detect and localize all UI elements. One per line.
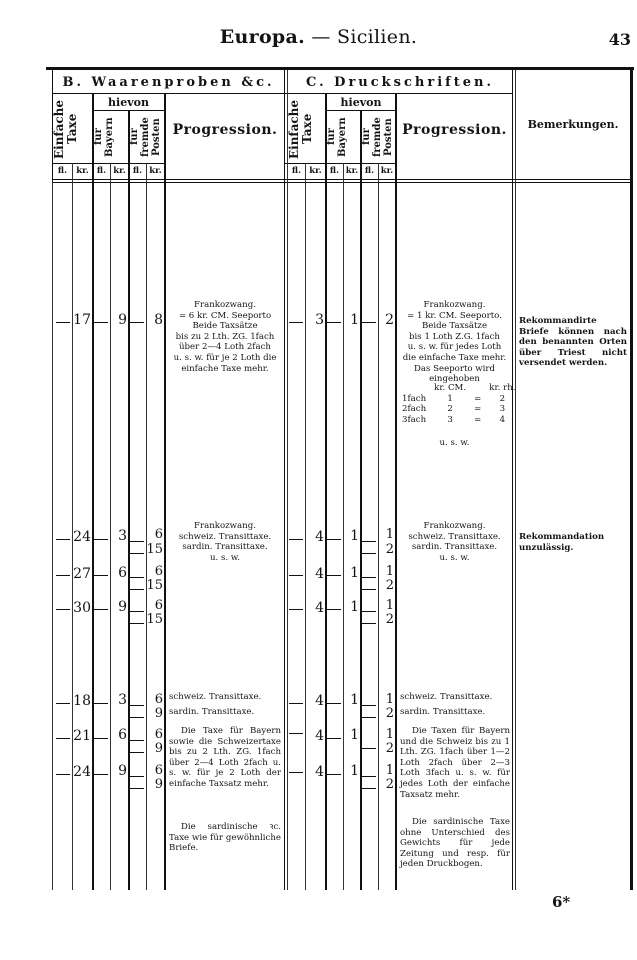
c2-r3-taxe-kr: 4 (305, 600, 324, 616)
c2-r1-bayern-kr: 1 (343, 528, 359, 544)
c2-r2-fremde-kr-a: 1 (378, 564, 394, 579)
page-signature: 6* (552, 893, 570, 911)
section-b-unit: fl. (53, 164, 72, 179)
c3-progression-line-2: sardin. Transittaxe. (400, 707, 510, 718)
b3-r2-fremde-kr-a: 6 (146, 727, 163, 742)
section-c-unit: fl. (361, 164, 378, 179)
section-b-unit: kr. (73, 164, 92, 179)
section-b-unit: kr. (147, 164, 164, 179)
c3-progression-note: Die Taxen für Bayern und die Schweiz bis… (400, 726, 510, 800)
section-c-unit: kr. (306, 164, 325, 179)
b3-progression-note: Die Taxe für Bayern sowie die Schweizert… (169, 726, 281, 790)
c2-r2-taxe-kr: 4 (305, 566, 324, 582)
c3-r2-fremde-kr-b: 2 (378, 741, 394, 756)
title-separator: — (311, 26, 330, 48)
b2-r3-taxe-kr: 30 (72, 600, 91, 616)
c1-rate-footer: u. s. w. (397, 438, 512, 449)
b3-progression-line-2: sardin. Transittaxe. (169, 707, 283, 718)
c3-r2-taxe-kr: 4 (305, 728, 324, 744)
section-b-unit: kr. (111, 164, 128, 179)
c3-r2-bayern-kr: 1 (343, 727, 359, 743)
b2-r1-fremde-kr-b: 15 (146, 542, 163, 557)
b2-r1-bayern-kr: 3 (110, 528, 127, 544)
b3-r1-fremde-kr-b: 9 (146, 706, 163, 721)
b3-progression-line-1: schweiz. Transittaxe. (169, 692, 283, 703)
b3-r2-fremde-kr-b: 9 (146, 741, 163, 756)
c3-r3-fremde-kr-a: 1 (378, 763, 394, 778)
c1-seeporto-rate-table: kr. CM. kr. rh. 1fach 1 = 2 2fach 2 = 3 … (402, 383, 520, 425)
b2-r3-bayern-kr: 9 (110, 599, 127, 615)
section-c-col-fremde-posten: für fremde Posten (361, 112, 395, 162)
c2-r3-bayern-kr: 1 (343, 599, 359, 615)
c2-progression: Frankozwang. schweiz. Transittaxe. sardi… (397, 521, 512, 563)
c3-progression-line-1: schweiz. Transittaxe. (400, 692, 510, 703)
b1-progression: Frankozwang. = 6 kr. CM. Seeporto Beide … (166, 300, 284, 374)
b2-r2-fremde-kr-b: 15 (146, 578, 163, 593)
c2-r1-taxe-kr: 4 (305, 529, 324, 545)
section-b-hievon: hievon (93, 95, 164, 111)
b2-r1-fremde-kr-a: 6 (146, 527, 163, 542)
b2-r2-taxe-kr: 27 (72, 566, 91, 582)
b2-r2-fremde-kr-a: 6 (146, 564, 163, 579)
c2-r2-bayern-kr: 1 (343, 565, 359, 581)
b3-r3-taxe-kr: 24 (72, 764, 91, 780)
c3-r2-fremde-kr-a: 1 (378, 727, 394, 742)
b3-r3-fremde-kr-a: 6 (146, 763, 163, 778)
b2-r2-bayern-kr: 6 (110, 565, 127, 581)
bemerkungen-header: Bemerkungen. (516, 118, 630, 138)
b1-fremde-kr: 8 (146, 312, 163, 328)
b3-r1-taxe-kr: 18 (72, 693, 91, 709)
c3-r3-bayern-kr: 1 (343, 763, 359, 779)
b3-r2-taxe-kr: 21 (72, 728, 91, 744)
c2-r1-fremde-kr-a: 1 (378, 527, 394, 542)
b2-bemerkung: Rekommandation unzulässig. (519, 532, 629, 553)
b2-r3-fremde-kr-b: 15 (146, 612, 163, 627)
c1-bayern-kr: 1 (343, 312, 359, 328)
section-c-unit: kr. (344, 164, 360, 179)
c2-r3-fremde-kr-a: 1 (378, 598, 394, 613)
c3-r1-taxe-kr: 4 (305, 693, 324, 709)
c2-r2-fremde-kr-b: 2 (378, 578, 394, 593)
b1-bayern-kr: 9 (110, 312, 127, 328)
section-b-col-fuer-bayern: für Bayern (93, 112, 128, 162)
b3-r1-bayern-kr: 3 (110, 692, 127, 708)
b3-r3-bayern-kr: 9 (110, 763, 127, 779)
page-title: Europa. — Sicilien. (0, 26, 637, 48)
title-europa: Europa. (220, 26, 305, 48)
title-sicilien: Sicilien. (337, 26, 417, 48)
section-c-title: C. Druckschriften. (288, 72, 512, 94)
b3-r2-bayern-kr: 6 (110, 727, 127, 743)
section-c-hievon: hievon (326, 95, 396, 111)
section-c-unit: kr. (379, 164, 395, 179)
c1-fremde-kr: 2 (378, 312, 394, 328)
b3-r3-fremde-kr-b: 9 (146, 777, 163, 792)
section-b-unit: fl. (129, 164, 146, 179)
section-c-col-progression: Progression. (397, 110, 512, 150)
section-b-unit: fl. (93, 164, 110, 179)
section-b-col-einfache-taxe: Einfache Taxe (53, 96, 91, 162)
rate-row: 2fach 2 = 3 (402, 404, 520, 415)
b1-bemerkung: Rekommandirte Briefe können nach den ben… (519, 316, 627, 369)
b2-r1-taxe-kr: 24 (72, 529, 91, 545)
c3-r1-bayern-kr: 1 (343, 692, 359, 708)
c1-taxe-kr: 3 (305, 312, 324, 328)
c2-r1-fremde-kr-b: 2 (378, 542, 394, 557)
b3-r1-fremde-kr-a: 6 (146, 692, 163, 707)
rate-row: 3fach 3 = 4 (402, 415, 520, 426)
rate-row: 1fach 1 = 2 (402, 394, 520, 405)
b2-r3-fremde-kr-a: 6 (146, 598, 163, 613)
c1-progression: Frankozwang. = 1 kr. CM. Seeporto. Beide… (397, 300, 512, 385)
section-b-title: B. Waarenproben &c. (53, 72, 284, 94)
b2-progression: Frankozwang. schweiz. Transittaxe. sardi… (166, 521, 284, 563)
c3-progression-note-2: Die sardinische Taxe ohne Unterschied de… (400, 817, 510, 870)
c3-r1-fremde-kr-a: 1 (378, 692, 394, 707)
section-c-unit: fl. (288, 164, 305, 179)
section-c-col-fuer-bayern: für Bayern (326, 112, 360, 162)
page-number: 43 (609, 30, 631, 49)
section-b-col-progression: Progression. (166, 110, 284, 150)
b1-taxe-kr: 17 (72, 312, 91, 328)
section-b-col-fremde-posten: für fremde Posten (129, 112, 164, 162)
c2-r3-fremde-kr-b: 2 (378, 612, 394, 627)
section-c-col-einfache-taxe: Einfache Taxe (288, 96, 325, 162)
section-c-unit: fl. (326, 164, 343, 179)
c3-r3-taxe-kr: 4 (305, 764, 324, 780)
c3-r1-fremde-kr-b: 2 (378, 706, 394, 721)
c3-r3-fremde-kr-b: 2 (378, 777, 394, 792)
b3-progression-note-2: Die sardinische ꝛc. Taxe wie für gewöhnl… (169, 822, 281, 854)
